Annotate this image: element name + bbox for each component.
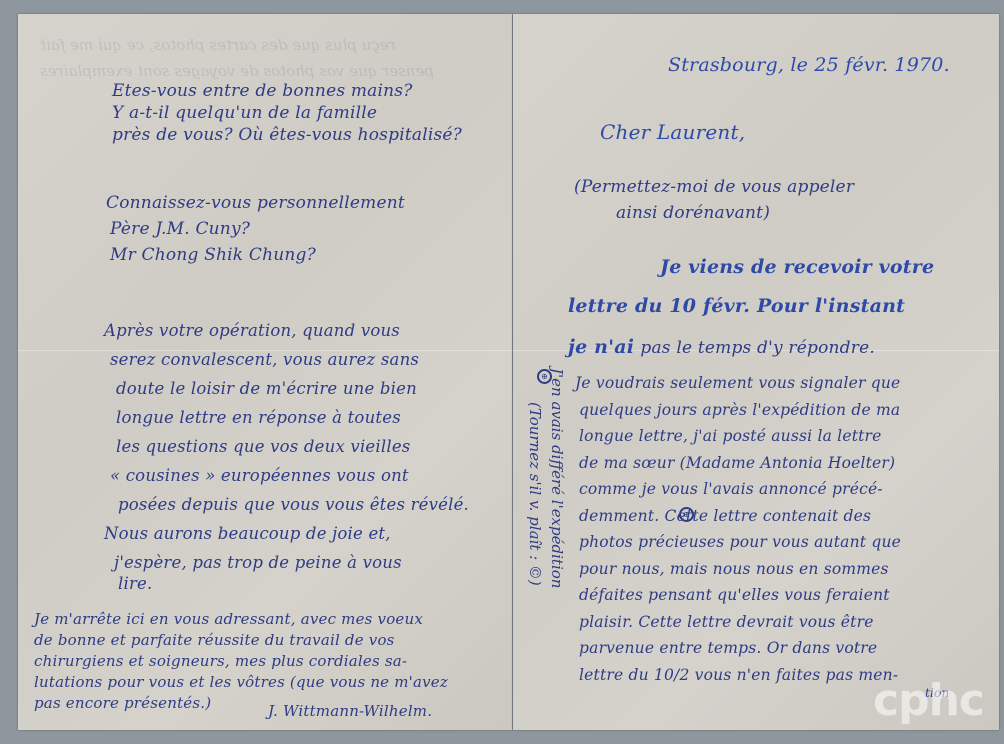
bold-fragment: je n'ai bbox=[568, 336, 634, 358]
text-line: serez convalescent, vous aurez sans bbox=[104, 345, 469, 374]
bold-line-2: lettre du 10 févr. Pour l'instant bbox=[568, 295, 905, 317]
text-line: comme je vous l'avais annoncé précé- bbox=[575, 476, 949, 503]
text-line: J'en avais différé l'expédition bbox=[546, 368, 568, 588]
text-line: Etes-vous entre de bonnes mains? bbox=[112, 80, 462, 102]
text-line: Connaissez-vous personnellement bbox=[106, 190, 405, 216]
place-and-date: Strasbourg, le 25 févr. 1970. bbox=[668, 54, 950, 76]
line-3: je n'ai pas le temps d'y répondre. bbox=[568, 336, 875, 358]
text-line: « cousines » européennes vous ont bbox=[104, 461, 469, 490]
text-line: quelques jours après l'expédition de ma bbox=[575, 397, 949, 424]
text-line: près de vous? Où êtes-vous hospitalisé? bbox=[112, 124, 462, 146]
text-line: Après votre opération, quand vous bbox=[104, 316, 469, 345]
margin-note: J'en avais différé l'expédition (Tournez… bbox=[524, 368, 568, 588]
text-line: doute le loisir de m'écrire une bien bbox=[104, 374, 469, 403]
aside-permission: (Permettez-moi de vous appeler ainsi dor… bbox=[574, 174, 854, 226]
text-line: parvenue entre temps. Or dans votre bbox=[575, 635, 949, 662]
text-line: plaisir. Cette lettre devrait vous être bbox=[575, 609, 949, 636]
text-line: longue lettre en réponse à toutes bbox=[104, 403, 469, 432]
text-line: les questions que vos deux vieilles bbox=[104, 432, 469, 461]
text-line: Je m'arrête ici en vous adressant, avec … bbox=[34, 609, 448, 630]
bleed-through-text: reçu plus que des cartes photos, ce qui … bbox=[40, 36, 396, 54]
text-line: Père J.M. Cuny? bbox=[106, 216, 405, 242]
salutation: Cher Laurent, bbox=[600, 120, 745, 144]
text-line: lutations pour vous et les vôtres (que v… bbox=[34, 672, 448, 693]
text-line: Mr Chong Shik Chung? bbox=[106, 242, 405, 268]
text-line: photos précieuses pour vous autant que bbox=[575, 529, 949, 556]
left-paragraph-acquaintances: Connaissez-vous personnellement Père J.M… bbox=[106, 190, 405, 268]
text-line: de ma sœur (Madame Antonia Hoelter) bbox=[575, 450, 949, 477]
bold-line-1: Je viens de recevoir votre bbox=[660, 256, 934, 278]
right-body: Je voudrais seulement vous signaler que … bbox=[575, 370, 949, 707]
text-line: Y a-t-il quelqu'un de la famille bbox=[112, 102, 462, 124]
text-line: de bonne et parfaite réussite du travail… bbox=[34, 630, 448, 651]
text-line: Nous aurons beaucoup de joie et, bbox=[104, 519, 469, 548]
text-fragment: pas le temps d'y répondre. bbox=[640, 338, 875, 358]
signature: J. Wittmann-Wilhelm. bbox=[268, 702, 432, 720]
text-line: (Tournez s'il v. plaît : ©) bbox=[524, 368, 546, 588]
text-line: chirurgiens et soigneurs, mes plus cordi… bbox=[34, 651, 448, 672]
left-paragraph-questions: Etes-vous entre de bonnes mains? Y a-t-i… bbox=[112, 80, 462, 146]
watermark-logo: cphc bbox=[873, 675, 984, 726]
text-line: demment. Cette lettre contenait des bbox=[575, 503, 949, 530]
text-line: longue lettre, j'ai posté aussi la lettr… bbox=[575, 423, 949, 450]
text-line: (Permettez-moi de vous appeler bbox=[574, 174, 854, 200]
text-line: posées depuis que vous vous êtes révélé. bbox=[104, 490, 469, 519]
text-line: pour nous, mais nous nous en sommes bbox=[575, 556, 949, 583]
text-line: défaites pensant qu'elles vous feraient bbox=[575, 582, 949, 609]
left-paragraph-after-operation: Après votre opération, quand vous serez … bbox=[104, 316, 469, 598]
left-closing: Je m'arrête ici en vous adressant, avec … bbox=[34, 609, 448, 714]
bleed-through-text: penser que vos photos de voyages sont ex… bbox=[40, 62, 434, 80]
text-line: ainsi dorénavant) bbox=[574, 200, 854, 226]
text-line: Je voudrais seulement vous signaler que bbox=[575, 370, 949, 397]
